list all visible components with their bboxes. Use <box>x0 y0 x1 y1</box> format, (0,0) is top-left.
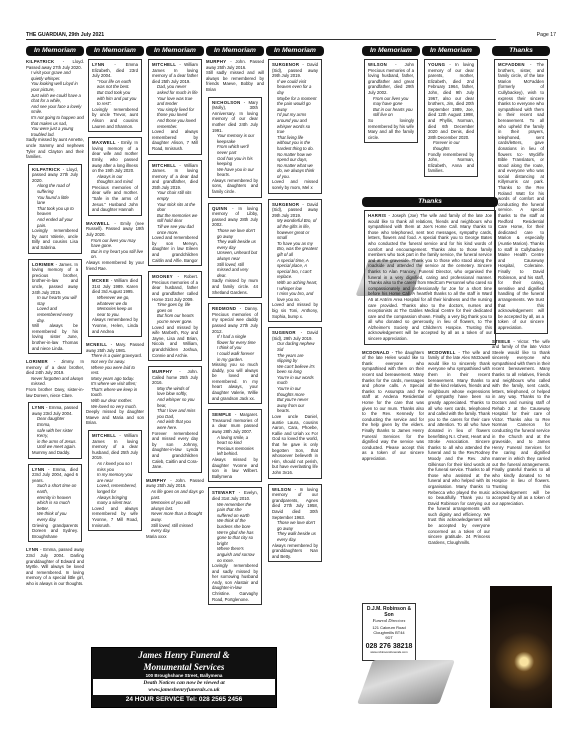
notice-signoff: Sadly missed by aunt Annette, uncle Samm… <box>26 137 84 159</box>
notice-verse: As life goes on and days go past. Memori… <box>146 489 204 534</box>
advert-url[interactable]: www.jameshenryfunerals.co.uk <box>93 687 275 694</box>
notice-verse: "Your life on earth was not the best. Bu… <box>92 79 138 107</box>
notice-verse: If we could visit heaven even for a day … <box>272 79 318 180</box>
notice-signoff: Loved and missed sorely by mom, Mel x <box>272 179 318 190</box>
notice-nicholson: NICHOLSON - Mary (Molly), 30th Anniversa… <box>208 97 262 198</box>
notice-verse: Your memory is our keepsake From which w… <box>212 133 258 178</box>
notice-verse: Those we love don't go away They walk be… <box>272 520 318 542</box>
notice-signoff: Forever remembered and missed every day … <box>152 431 198 470</box>
notice-signoff: Maria xxxx <box>146 534 204 540</box>
notice-signoff: Always remembered by Yvonne, Helen, Lind… <box>92 317 138 334</box>
notice-lynn: LYNN - Emma Elizabeth, died 23rd July 20… <box>88 59 142 132</box>
james-henry-advert: James Henry Funeral & Monumental Service… <box>91 647 277 708</box>
column-6: In MemoriamWILSON - John Precious memori… <box>362 46 420 148</box>
notice-signoff: Grieving grandparents Doreen and Sydney.… <box>32 523 78 540</box>
section-band-memoriam: In Memoriam <box>86 46 144 56</box>
notice-verse: Wherever we go, whatever we do Memories … <box>92 295 138 317</box>
notice-name: REDMOND <box>212 306 236 311</box>
notice-signoff: Always missed by daughter Yvonne and son… <box>212 457 258 479</box>
notice-kilpatrick: KILPATRICK - Lloyd, passed away 27th Jul… <box>28 164 82 254</box>
notice-name: MITCHELL <box>92 433 116 438</box>
notice-verse: Such a short time on earth, eternity in … <box>32 483 78 522</box>
notice-verse: A loving smile, a heart so kind Precious… <box>212 435 258 457</box>
notice-signoff: Deeply missed by daughter Maeve and Mari… <box>86 409 144 426</box>
notice-mcneill: MCNEILL - Mary. Passed away 25th July 19… <box>86 342 144 426</box>
notice-murphy: MURPHY - John. Passed away 25th July 201… <box>206 59 264 93</box>
column-1: In MemoriamKILPATRICK - Lloyd. Passed aw… <box>26 46 84 590</box>
section-band-memoriam: In Memoriam <box>26 46 84 56</box>
section-band-memoriam: In Memoriam <box>266 46 324 56</box>
notice-name: MURPHY <box>206 59 226 64</box>
notice-mitchell: MITCHELL - William James. In loving memo… <box>148 160 202 267</box>
notice-signoff: Loved and always remembered by wife Yvon… <box>92 506 138 528</box>
notice-lynn: LYNN - Emma, passed away 23rd July 2004.… <box>26 547 84 586</box>
notice-signoff: Always remembered by sons, daughters and… <box>212 178 258 195</box>
notice-name: MAXWELL <box>92 140 116 145</box>
column-5: In MemoriamSURGENOR - David (Sid), passe… <box>266 46 324 567</box>
section-band-memoriam: In Memoriam <box>422 46 480 56</box>
notice-lynn: LYNN - Emma, passed away 23rd July 2004.… <box>28 402 82 458</box>
notice-mcfadden: MCFADDEN - The brothers, sister, and fam… <box>494 59 548 334</box>
notice-name: KILPATRICK <box>26 59 54 64</box>
notice-wilson: WILSON - John Precious memories of a lov… <box>364 59 418 143</box>
notice-name: WILSON <box>368 62 387 67</box>
notice-signoff: Will always be remembered by his loving … <box>32 323 78 351</box>
section-band-thanks: Thanks <box>362 197 498 207</box>
robinson-advert: D.J.M. Robinson & Son Funeral Directors … <box>362 603 416 661</box>
notice-name: YOUNG <box>428 62 445 67</box>
notice-name: STEWART <box>212 490 235 495</box>
notice-murphy: MURPHY - John. Passed away 25th July 201… <box>146 478 204 540</box>
notice-signoff: Always remembered by granddaughters Nan … <box>272 543 318 560</box>
notice-name: LORIMER <box>26 359 48 364</box>
notice-name: MITCHELL <box>152 163 176 168</box>
notice-mckee: MCKEE - William died 31st July 1989. Kar… <box>88 275 142 337</box>
notice-signoff: Love uncle Daniel, auntie Laura, cousins… <box>272 414 318 476</box>
notice-stewart: STEWART - Evelyn, died 31st July 2010.We… <box>208 487 262 605</box>
notice-verse: In our hearts you will stay Loved and re… <box>32 295 78 323</box>
notice-verse: Dad, you never asked for much in life Yo… <box>152 84 198 129</box>
notice-verse: As I loved you so I miss you In my memor… <box>92 461 138 506</box>
section-band-thanks: Thanks <box>492 46 550 56</box>
notice-signoff: Lovingly remembered by uncle Trevor, aun… <box>92 107 138 129</box>
notice-verse: Dear daughter Emma, safe with her sister… <box>32 416 78 450</box>
notice-signoff: Lovingly remembered and sadly missed by … <box>212 563 258 602</box>
thanks-section: Thanks HARRIS - Joseph (Joe) The wife an… <box>362 197 498 549</box>
notice-name: NICHOLSON <box>212 100 240 105</box>
notice-name: SEMPLE <box>212 412 231 417</box>
notice-name: KILPATRICK <box>32 167 60 172</box>
notice-signoff: Fondly remembered by John, Norman, Eliza… <box>428 152 474 174</box>
notice-name: MAXWELL <box>86 221 110 226</box>
notice-signoff: Loved and always remembered by daughter … <box>152 129 198 151</box>
notice-name: SURGENOR <box>272 202 299 207</box>
advert-phone: 24 HOUR SERVICE Tel: 028 2565 2456 <box>92 695 276 704</box>
notice-mitchell: MITCHELL - William James In loving memor… <box>88 430 142 531</box>
notice-maxwell: MAXWELL - Emily (nee Russell). Passed aw… <box>86 221 144 271</box>
notice-name: MURPHY <box>152 369 172 374</box>
section-band-memoriam: In Memoriam <box>146 46 204 56</box>
notice-mcdowell: MCDOWELL - The wife and family of the la… <box>428 350 490 546</box>
notice-mcdonald: MCDONALD - The daughters of the late Hel… <box>362 350 424 546</box>
notice-lorimer: LORIMER - Jimmy. In memory of a dear bro… <box>26 359 84 398</box>
notice-signoff: Loved and missed by wife Marbeth, Roy an… <box>152 325 198 359</box>
page-header: THE GUARDIAN, 29th July 2021 Page 17 <box>26 28 496 40</box>
notice-signoff: Missing you so much daddy, you will alwa… <box>212 362 258 401</box>
notice-signoff: Loved and missed by big sis Toni, Anthon… <box>272 302 318 319</box>
notice-name: SUGENOR <box>272 330 296 335</box>
notice-mooney: MOONEY - Robert. Precious memories of a … <box>148 271 202 361</box>
notice-young: YOUNG - In loving memory of our dear par… <box>424 59 478 177</box>
notice-steele: STEELE - Victor. The wife and family of … <box>492 339 550 507</box>
notice-sugenor: SUGENOR - David (Sid), 29th July 2019.Ou… <box>268 327 322 478</box>
notice-name: MCKEE <box>92 278 109 283</box>
notice-verse: I visit your grave and quietly whisper. … <box>26 70 84 137</box>
notice-signoff: Always remembered by your friend Rae. <box>86 260 144 271</box>
notice-verse: Forever in our thoughts <box>428 140 474 151</box>
notice-name: QUINN <box>212 206 227 211</box>
notice-verse: Your chair still sits empty Your stick s… <box>152 190 198 235</box>
notice-verse: We remember the pain that she suffered o… <box>212 502 258 564</box>
notice-verse: Those we love don't go away They walk be… <box>212 228 258 278</box>
notice-redmond: REDMOND - Danny. Precious memories of my… <box>208 303 262 404</box>
notice-maxwell: MAXWELL - Emily. In loving memory of a d… <box>88 137 142 216</box>
column-7: In MemoriamYOUNG - In loving memory of o… <box>422 46 480 182</box>
notice-signoff: Sadly missed by mum and family circle. 4… <box>212 278 258 295</box>
notice-verse: My wonderful Bro, of all the gifts in li… <box>272 218 318 302</box>
notice-lynn: LYNN - Emma, died 23rd July 2004, aged 6… <box>28 464 82 543</box>
notice-name: MURPHY <box>146 478 166 483</box>
notice-murphy: MURPHY - John. Called home 25th July 201… <box>148 366 202 473</box>
notice-name: LYNN <box>26 547 39 552</box>
notice-verse: There is a quiet graveyard. Not very far… <box>86 353 144 409</box>
notice-signoff: From brother Davy, sister-in-law Doreen,… <box>26 387 84 398</box>
notice-mitchell: MITCHELL - William James In loving memor… <box>148 59 202 155</box>
notice-verse: Time goes by, life goes on But from our … <box>152 302 198 324</box>
notice-signoff: Mummy and Daddy. <box>32 450 78 456</box>
page-number: Page 17 <box>537 32 556 38</box>
notice-harris: HARRIS - Joseph (Joe) The wife and famil… <box>364 210 496 345</box>
column-3: In MemoriamMITCHELL - William James In l… <box>146 46 204 543</box>
notice-name: MCNEILL <box>86 342 107 347</box>
notice-name: WILSON <box>272 487 291 492</box>
notice-verse: From our lives you may have gone But in … <box>368 96 414 118</box>
bible-image <box>357 660 455 704</box>
notice-wilson: WILSON - In loving memory of our grandpa… <box>268 484 322 563</box>
notice-verse: Always in our thoughts and mind. <box>92 174 138 185</box>
notice-semple: SEMPLE - Margaret. Treasured memories of… <box>208 409 262 482</box>
notice-signoff: So lovingly remembered by his wife Mary … <box>368 118 414 140</box>
notice-name: MOONEY <box>152 274 173 279</box>
notice-verse: If I had a single flower for every time … <box>212 334 258 362</box>
notice-signoff: Lovingly remembered by aunt Valerie, unc… <box>32 228 78 250</box>
notice-name: LYNN <box>32 467 45 472</box>
column-2: In MemoriamLYNN - Emma Elizabeth, died 2… <box>86 46 144 536</box>
section-band-memoriam: In Memoriam <box>206 46 264 56</box>
notice-signoff: Precious memories of dear wife and mothe… <box>92 185 138 213</box>
section-band-memoriam: In Memoriam <box>362 46 420 56</box>
column-thanks-right: Thanks MCFADDEN - The brothers, sister, … <box>492 46 550 510</box>
column-4: In MemoriamMURPHY - John. Passed away 25… <box>206 46 264 610</box>
candle-image <box>490 586 552 708</box>
notice-name: LORIMER <box>32 262 54 267</box>
notice-verse: Along the road of suffering You found a … <box>32 183 78 228</box>
notice-surgenor: SURGENOR - David (Sid), passed away 29th… <box>268 59 322 194</box>
notice-surgenor: SURGENOR - David (Sid), passed away 29th… <box>268 199 322 322</box>
notice-verse: From our lives you may have gone. But in… <box>86 238 144 260</box>
notice-kilpatrick: KILPATRICK - Lloyd. Passed away 27th Jul… <box>26 59 84 160</box>
notice-name: MITCHELL <box>152 62 176 67</box>
notice-signoff: Still sadly missed and will always be re… <box>206 70 264 92</box>
notice-signoff: Loved and remembered by son Mervyn, daug… <box>152 235 198 263</box>
notice-name: SURGENOR <box>272 62 299 67</box>
notice-verse: Never forgotten and always missed. <box>26 376 84 387</box>
publication-date: THE GUARDIAN, 29th July 2021 <box>26 32 104 38</box>
notice-name: LYNN <box>92 62 105 67</box>
notice-name: LYNN <box>32 405 45 410</box>
notice-verse: May the winds of love blow softly, And w… <box>152 386 198 431</box>
notice-lorimer: LORIMER - James. In loving memory of a p… <box>28 259 82 355</box>
notice-verse: Our darling nephew Sid The years are sli… <box>272 341 318 414</box>
notice-quinn: QUINN - In loving memory of Libby, passe… <box>208 203 262 299</box>
